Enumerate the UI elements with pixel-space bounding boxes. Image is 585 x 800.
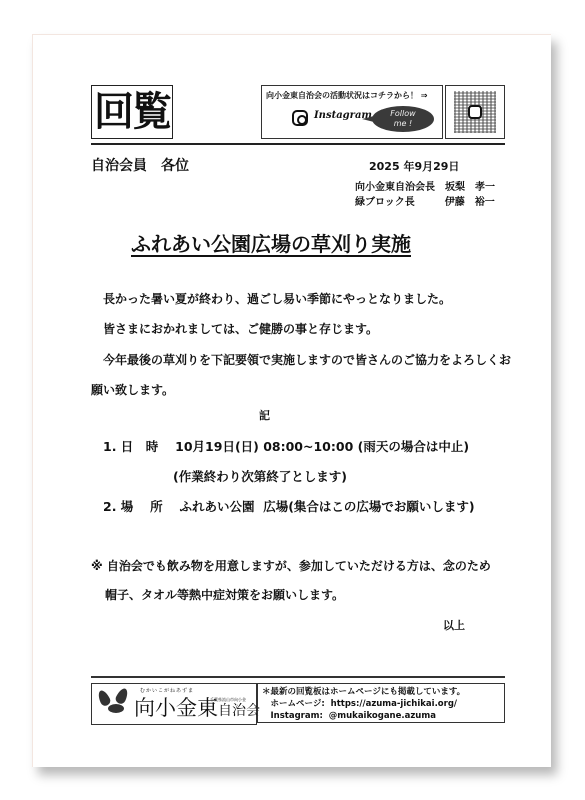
logo-suffix-text: 自治会 — [218, 703, 260, 719]
logo-main-text: 向小金東 — [134, 696, 218, 720]
sender-president: 向小金東自治会長 坂梨 孝一 — [355, 178, 495, 193]
document-title: ふれあい公園広場の草刈り実施 — [131, 228, 411, 257]
kairan-heading: 回覧 — [91, 85, 173, 139]
logo-name: 向小金東自治会 — [134, 696, 260, 723]
closing-ijo: 以上 — [443, 617, 465, 633]
note-line: ※ 自治会でも飲み物を用意しますが、参加していただける方は、念のため — [91, 557, 491, 574]
detail-location: 2. 場 所 ふれあい公園 広場(集合はこの広場でお願いします) — [103, 497, 475, 515]
note-line: 帽子、タオル等熱中症対策をお願いします。 — [105, 586, 344, 603]
instagram-icon — [292, 110, 308, 126]
footer-divider — [91, 676, 505, 678]
body-paragraph: 今年最後の草刈りを下記要領で実施しますので皆さんのご協力をよろしくお — [103, 351, 511, 368]
info-notice: ＊最新の回覧板はホームページにも掲載しています。 — [262, 686, 500, 698]
leaf-logo-icon — [97, 688, 131, 720]
circular-notice-page: 回覧 向小金東自治会の活動状況はコチラから！ ⇒ Instagram Follo… — [32, 34, 551, 767]
body-paragraph: 長かった暑い夏が終わり、過ごし易い季節にやっとなりました。 — [103, 290, 451, 307]
issue-date: 2025 年9月29日 — [369, 158, 459, 174]
association-logo-box: むかいこがねあずま 千葉県流山市向小金 向小金東自治会 — [91, 683, 257, 725]
logo-ruby: むかいこがねあずま — [140, 687, 194, 694]
ki-heading: 記 — [259, 407, 270, 423]
addressee: 自治会員 各位 — [91, 155, 189, 175]
body-paragraph: 皆さまにおかれましては、ご健勝の事と存じます。 — [103, 320, 378, 337]
follow-me-bubble: Follow me ! — [372, 106, 434, 132]
detail-datetime-note: (作業終わり次第終了とします) — [173, 467, 347, 485]
follow-text: Follow — [372, 109, 434, 119]
qr-code-box — [445, 85, 505, 139]
me-text: me ! — [372, 119, 434, 129]
instagram-banner: 向小金東自治会の活動状況はコチラから！ ⇒ Instagram Follow m… — [261, 85, 443, 139]
instagram-banner-text: 向小金東自治会の活動状況はコチラから！ ⇒ — [266, 90, 428, 101]
body-paragraph: 願い致します。 — [91, 381, 174, 398]
instagram-icon — [468, 105, 482, 119]
info-instagram: Instagram: @mukaikogane.azuma — [262, 710, 500, 722]
info-homepage: ホームページ: https://azuma-jichikai.org/ — [262, 698, 500, 710]
header-divider — [91, 143, 505, 145]
sender-block-leader: 緑ブロック長 伊藤 裕一 — [355, 193, 495, 208]
footer-info-box: ＊最新の回覧板はホームページにも掲載しています。 ホームページ: https:/… — [257, 683, 505, 723]
detail-datetime: 1. 日 時 10月19日(日) 08:00~10:00 (雨天の場合は中止) — [103, 437, 469, 455]
